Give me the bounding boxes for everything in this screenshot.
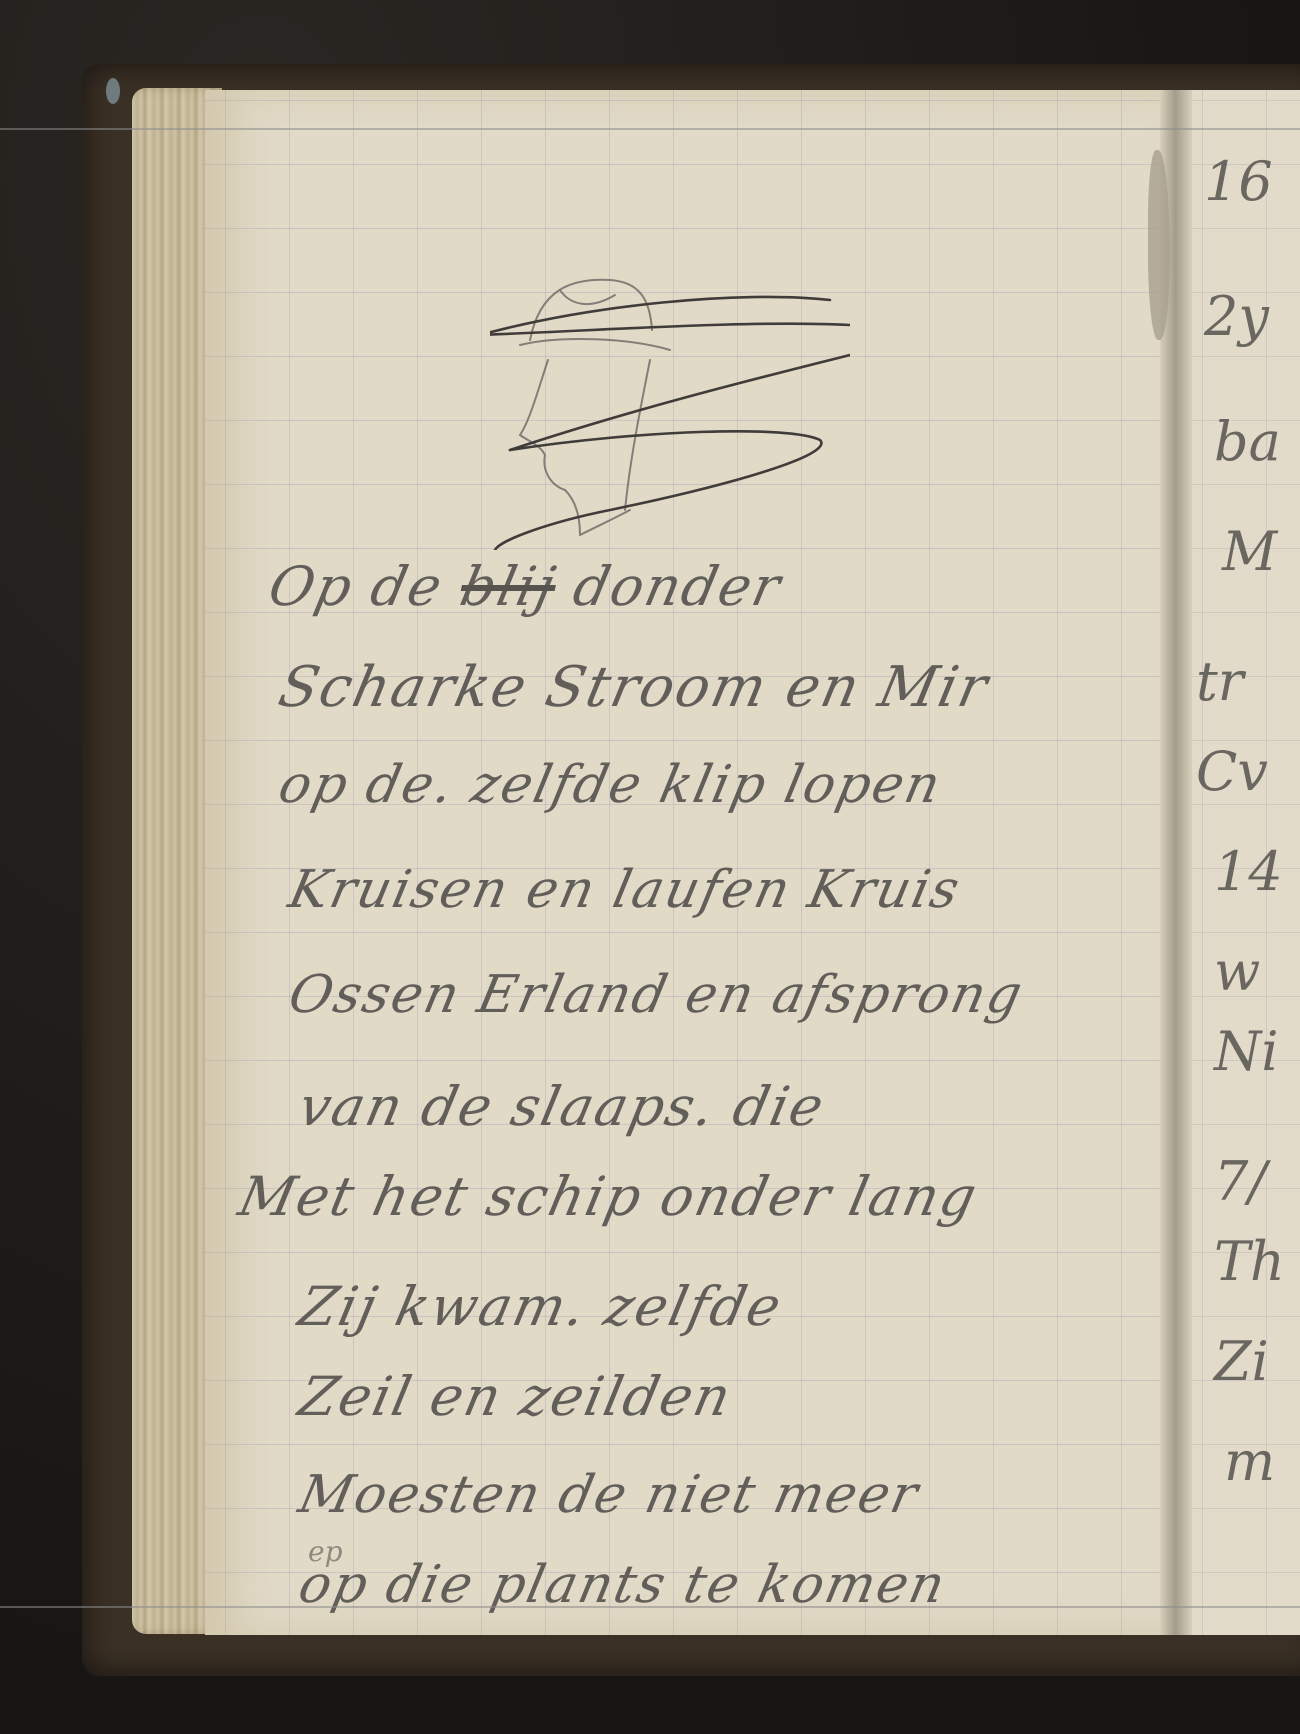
glass-reflection-line bbox=[0, 1606, 1300, 1608]
right-page-line: Th bbox=[1214, 1230, 1285, 1293]
right-page-line: ba bbox=[1214, 410, 1281, 473]
right-page-line: 14 bbox=[1214, 840, 1283, 903]
text-line-1: Op de blij donder bbox=[263, 555, 787, 618]
text-line-2: Scharke Stroom en Mir bbox=[273, 655, 995, 720]
right-page-line: 2y bbox=[1204, 285, 1269, 348]
text-line-4: Kruisen en laufen Kruis bbox=[284, 860, 967, 920]
corner-mark: ep bbox=[308, 1535, 343, 1568]
right-page-line: m bbox=[1224, 1430, 1275, 1493]
line-text: Op de bbox=[263, 555, 468, 618]
text-line-9: Zeil en zeilden bbox=[293, 1365, 738, 1428]
right-page-line: 16 bbox=[1204, 150, 1273, 213]
text-line-6: van de slaaps. die bbox=[293, 1075, 831, 1138]
right-page-line: Ni bbox=[1214, 1020, 1279, 1083]
right-page-line: Zi bbox=[1214, 1330, 1269, 1393]
text-line-3: op de. zelfde klip lopen bbox=[274, 755, 948, 815]
text-line-10: Moesten de niet meer bbox=[294, 1465, 925, 1525]
right-page-line: w bbox=[1214, 940, 1260, 1003]
right-page-line: M bbox=[1222, 520, 1277, 583]
right-page-line: tr bbox=[1196, 650, 1244, 713]
glass-reflection-line bbox=[0, 128, 1300, 130]
text-line-5: Ossen Erland en afsprong bbox=[284, 965, 1029, 1025]
struck-word: blij bbox=[455, 555, 562, 618]
line-text: donder bbox=[568, 555, 788, 618]
text-line-7: Met het schip onder lang bbox=[233, 1165, 983, 1228]
text-line-8: Zij kwam. zelfde bbox=[293, 1275, 788, 1338]
right-page-line: Cv bbox=[1196, 740, 1268, 803]
right-page-line: 7/ bbox=[1214, 1150, 1267, 1213]
clasp-icon bbox=[106, 78, 120, 104]
crossed-out-portrait-sketch-icon bbox=[490, 250, 850, 550]
right-page: 16 2y ba M tr Cv 14 w Ni 7/ Th Zi m bbox=[1192, 90, 1300, 1635]
